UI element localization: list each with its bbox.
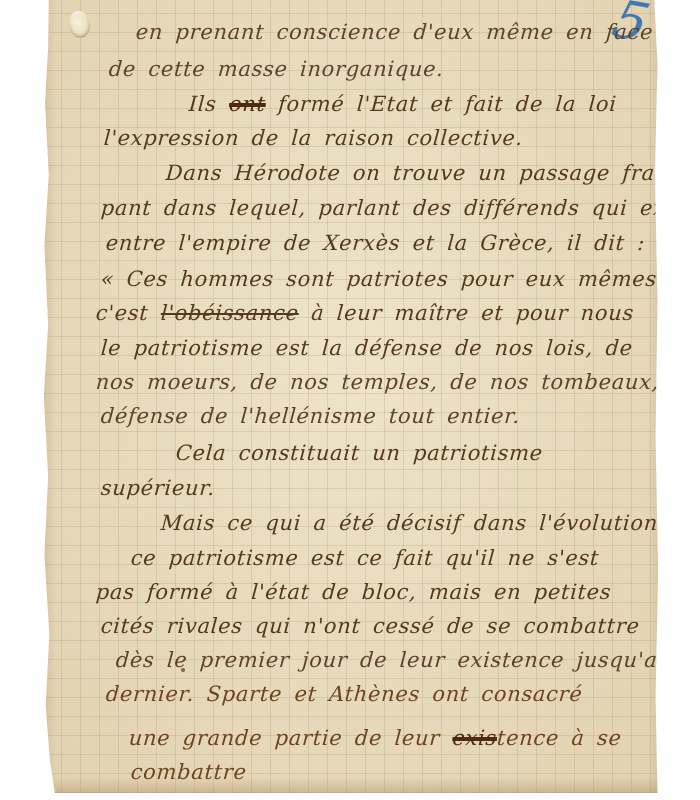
manuscript-line: le patriotisme est la défense de nos loi… [100,336,634,360]
line-segment: tence à se [496,726,622,750]
manuscript-line: Cela constituait un patriotisme [175,441,544,465]
line-segment: une grande partie de leur [128,726,453,750]
manuscript-line: Ils ont formé l'Etat et fait de la loi [188,92,618,116]
manuscript-line: défense de l'hellénisme tout entier. [100,404,521,428]
line-segment: formé l'Etat et fait de la loi [265,92,618,116]
manuscript-paper-sheet: 5 en prenant conscience d'eux même en fa… [42,0,658,793]
manuscript-line: pant dans lequel, parlant des différends… [100,196,700,220]
manuscript-line: combattre [130,760,248,784]
manuscript-line: en prenant conscience d'eux même en face [135,20,654,44]
manuscript-line: de cette masse inorganique. [108,57,445,81]
punch-hole [66,9,92,40]
manuscript-line: l'expression de la raison collective. [103,126,524,150]
manuscript-line: nos moeurs, de nos temples, de nos tombe… [95,370,693,394]
manuscript-line: entre l'empire de Xerxès et la Grèce, il… [105,231,646,255]
struck-word: exis [452,726,498,750]
struck-word: l'obéissance [160,301,300,325]
manuscript-line: pas formé à l'état de bloc, mais en peti… [95,580,612,604]
manuscript-line: Mais ce qui a été décisif dans l'évoluti… [160,511,699,535]
manuscript-line: dernier. Sparte et Athènes ont consacré [105,682,583,706]
ink-speck [181,668,185,672]
manuscript-line: « Ces hommes sont patriotes pour eux mêm… [100,267,666,291]
line-segment: c'est [95,301,162,325]
struck-word: ont [228,92,266,116]
manuscript-line: c'est l'obéissance à leur maître et pour… [95,301,635,325]
manuscript-line: supérieur. [100,476,216,500]
manuscript-line: cités rivales qui n'ont cessé de se comb… [100,614,641,638]
manuscript-line: ce patriotisme est ce fait qu'il ne s'es… [130,546,600,570]
scanned-document: 5 en prenant conscience d'eux même en fa… [0,0,700,800]
manuscript-line: une grande partie de leur existence à se [128,726,623,750]
manuscript-line: dès le premier jour de leur existence ju… [115,648,673,672]
line-segment: à leur maître et pour nous [298,301,635,325]
line-segment: Ils [188,92,230,116]
manuscript-line: Dans Hérodote on trouve un passage frap- [165,161,678,185]
